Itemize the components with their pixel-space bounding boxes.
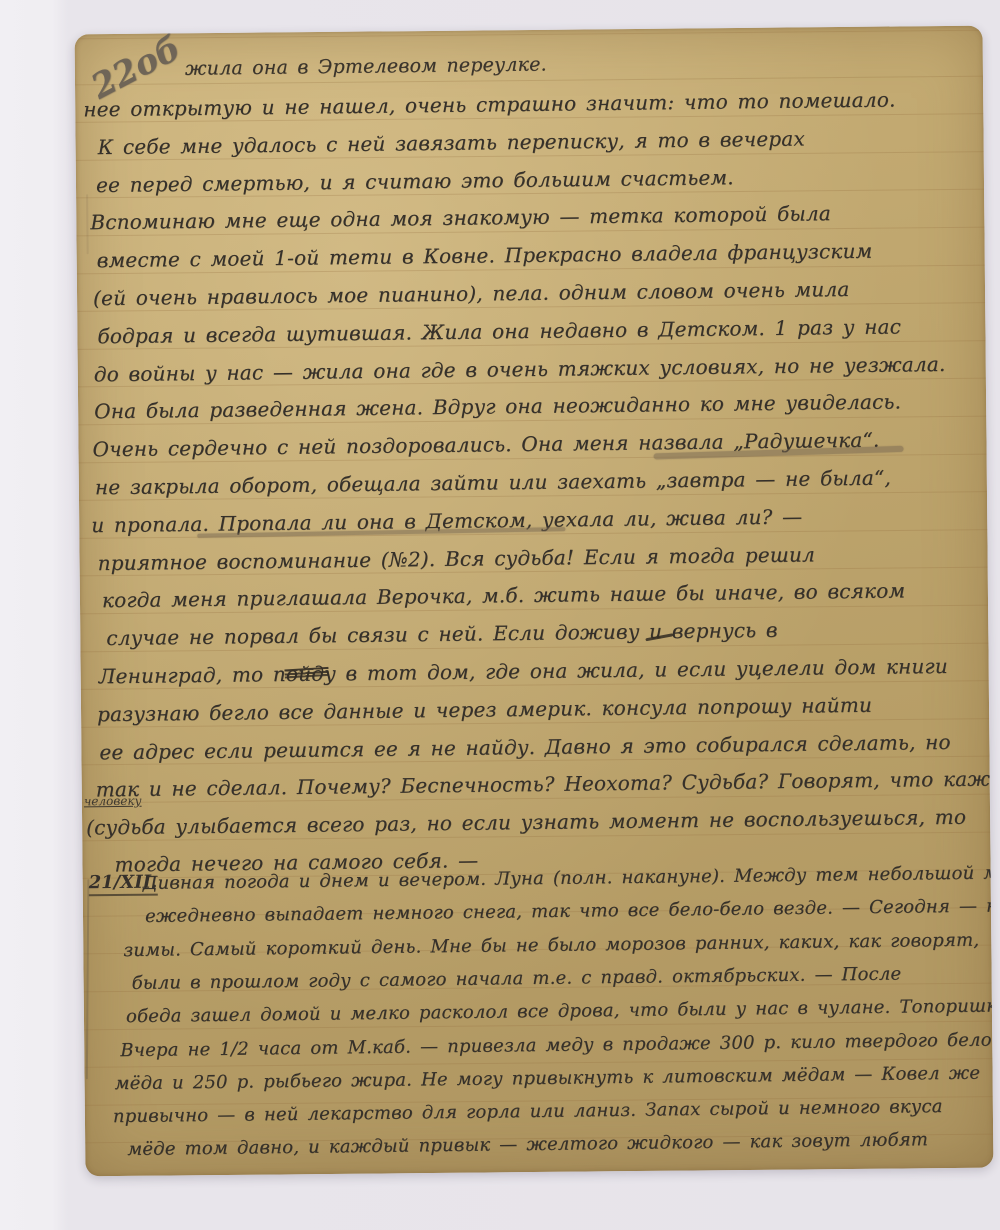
handwriting-line: разузнаю бегло все данные и через америк… [97, 693, 872, 726]
handwriting-line: бодрая и всегда шутившая. Жила она недав… [97, 314, 901, 348]
margin-insertion-note: человеку [84, 794, 142, 809]
handwriting-line: мёде том давно, и каждый привык — желтог… [127, 1130, 928, 1161]
handwriting-line: обеда зашел домой и мелко расколол все д… [126, 996, 994, 1028]
handwriting-line: Она была разведенная жена. Вдруг она нео… [94, 390, 901, 424]
handwriting-line: до войны у нас — жила она где в очень тя… [94, 352, 946, 386]
handwriting-line: когда меня приглашала Верочка, м.б. жить… [102, 579, 906, 613]
handwriting-line: не закрыла оборот, обещала зайти или зае… [95, 466, 891, 500]
handwriting-line: Очень сердечно с ней поздоровались. Она … [92, 428, 879, 462]
handwriting-line: приятное воспоминание (№2). Вся судьба! … [97, 542, 815, 575]
manuscript-paper-sheet: 22об жила она в Эртелевом переулке. нее … [75, 26, 994, 1177]
handwriting-line: были в прошлом году с самого начала т.е.… [132, 963, 902, 993]
handwriting-line: мёда и 250 р. рыбьего жира. Не могу прив… [114, 1062, 980, 1094]
handwriting-line: (судьба улыбается всего раз, но если узн… [86, 805, 966, 840]
handwriting-line: Вчера не 1/2 часа от М.каб. — привезла м… [120, 1029, 993, 1061]
handwriting-line: (ей очень нравилось мое пианино), пела. … [93, 277, 850, 310]
handwriting-line: ее адрес если решится ее я не найду. Дав… [99, 729, 951, 763]
handwriting-line: К себе мне удалось с ней завязать перепи… [97, 126, 805, 159]
handwriting-line: привычно — в ней лекарство для горла или… [113, 1096, 943, 1127]
handwriting-line: нее открытую и не нашел, очень страшно з… [83, 87, 896, 121]
handwriting-line: так и не сделал. Почему? Беспечность? Не… [96, 766, 994, 802]
handwriting-line: Ленинград, то пойду в тот дом, где она ж… [99, 654, 948, 688]
header-handwriting-line: жила она в Эртелевом переулке. [185, 53, 547, 79]
handwriting-line: зимы. Самый короткий день. Мне бы не был… [123, 929, 979, 960]
entry-date-label: 21/XII. [89, 872, 158, 897]
edge-crease-mark [86, 194, 89, 254]
handwriting-line: вместе с моей 1-ой тети в Ковне. Прекрас… [97, 239, 873, 272]
margin-pencil-line [86, 879, 90, 1079]
handwriting-line: ее перед смертью, и я считаю это большим… [96, 165, 734, 197]
handwriting-line: случае не порвал бы связи с ней. Если до… [106, 618, 778, 650]
handwriting-line: ежедневно выпадает немного снега, так чт… [145, 895, 994, 927]
handwriting-line: Вспоминаю мне еще одна моя знакомую — те… [90, 202, 831, 235]
